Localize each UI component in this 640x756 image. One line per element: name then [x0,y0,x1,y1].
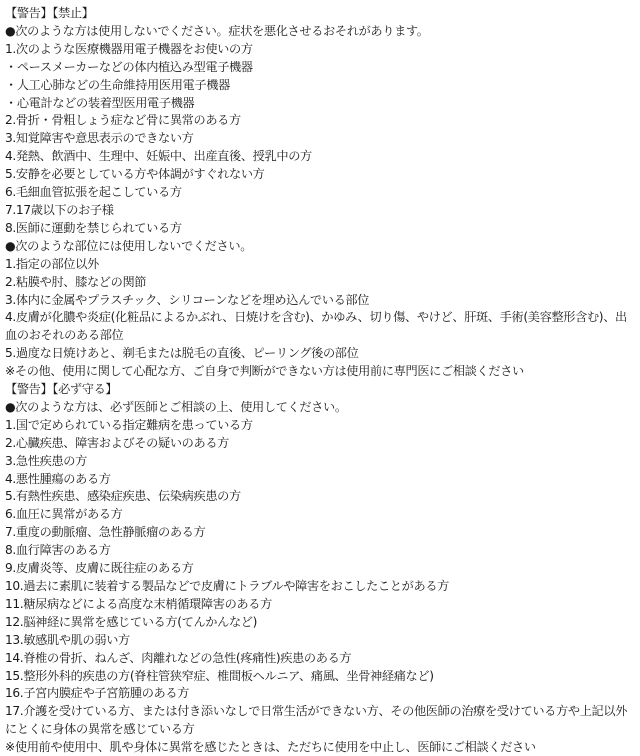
list-item: 5.過度な日焼けあと、剃毛または脱毛の直後、ピーリング後の部位 [5,345,640,363]
list-item: 2.粘膜や肘、膝などの関節 [5,274,640,292]
list-item: 2.心臓疾患、障害およびその疑いのある方 [5,435,640,453]
list-item: 4.発熱、飲酒中、生理中、妊娠中、出産直後、授乳中の方 [5,148,640,166]
consult-doctor-lead: ●次のような方は、必ず医師とご相談の上、使用してください。 [5,399,640,417]
list-item: ・心電計などの装着型医用電子機器 [5,95,640,113]
list-item: 11.糖尿病などによる高度な末梢循環障害のある方 [5,596,640,614]
list-item: 6.毛細血管拡張を起こしている方 [5,184,640,202]
list-item: 9.皮膚炎等、皮膚に既往症のある方 [5,560,640,578]
list-item: 4.皮膚が化膿や炎症(化粧品によるかぶれ、日焼けを含む)、かゆみ、切り傷、やけど… [5,309,635,345]
list-item: 16.子宮内膜症や子宮筋腫のある方 [5,685,640,703]
consult-note: ※その他、使用に関して心配な方、ご自身で判断ができない方は使用前に専門医にご相談… [5,363,640,381]
list-item: 4.悪性腫瘍のある方 [5,471,640,489]
list-item: 2.骨折・骨粗しょう症など骨に異常のある方 [5,112,640,130]
list-item: 14.脊椎の骨折、ねんざ、肉離れなどの急性(疼痛性)疾患のある方 [5,650,640,668]
list-item: 5.安静を必要としている方や体調がすぐれない方 [5,166,640,184]
prohibited-persons-lead: ●次のような方は使用しないでください。症状を悪化させるおそれがあります。 [5,23,640,41]
warning-document: 【警告】【禁止】 ●次のような方は使用しないでください。症状を悪化させるおそれが… [0,0,640,756]
list-item: 6.血圧に異常がある方 [5,506,640,524]
stop-use-note: ※使用前や使用中、肌や身体に異常を感じたときは、ただちに使用を中止し、医師にご相… [5,739,640,756]
section-heading-must-follow: 【警告】【必ず守る】 [5,381,640,399]
prohibited-areas-lead: ●次のような部位には使用しないでください。 [5,238,640,256]
section-heading-prohibited: 【警告】【禁止】 [5,5,640,23]
list-item: 5.有熱性疾患、感染症疾患、伝染病疾患の方 [5,488,640,506]
list-item: 8.医師に運動を禁じられている方 [5,220,640,238]
list-item: 3.知覚障害や意思表示のできない方 [5,130,640,148]
list-item: 13.敏感肌や肌の弱い方 [5,632,640,650]
list-item: 8.血行障害のある方 [5,542,640,560]
list-item: 1.指定の部位以外 [5,256,640,274]
list-item: 1.国で定められている指定難病を患っている方 [5,417,640,435]
list-item: ・ペースメーカーなどの体内植込み型電子機器 [5,59,640,77]
list-item: 7.重度の動脈瘤、急性静脈瘤のある方 [5,524,640,542]
list-item: 15.整形外科的疾患の方(脊柱管狭窄症、椎間板ヘルニア、痛風、坐骨神経痛など) [5,668,640,686]
list-item: 12.脳神経に異常を感じている方(てんかんなど) [5,614,640,632]
list-item: 10.過去に素肌に装着する製品などで皮膚にトラブルや障害をおこしたことがある方 [5,578,640,596]
list-item: ・人工心肺などの生命維持用医用電子機器 [5,77,640,95]
list-item: 3.体内に金属やプラスチック、シリコーンなどを埋め込んでいる部位 [5,292,640,310]
list-item: 17.介護を受けている方、または付き添いなしで日常生活ができない方、その他医師の… [5,703,635,739]
list-item: 1.次のような医療機器用電子機器をお使いの方 [5,41,640,59]
list-item: 3.急性疾患の方 [5,453,640,471]
list-item: 7.17歳以下のお子様 [5,202,640,220]
